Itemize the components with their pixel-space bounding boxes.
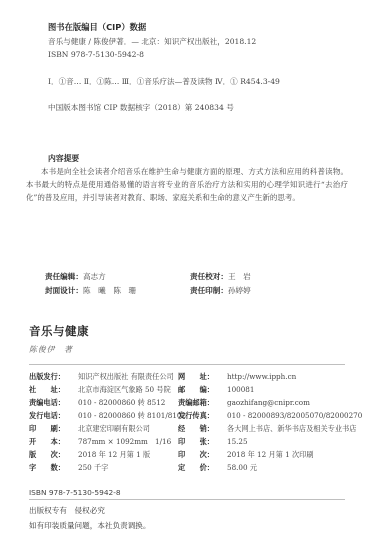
- credit-proofreader: 责任校对：王 岩: [190, 271, 251, 282]
- credit-editor-value: 高志方: [83, 272, 106, 281]
- cip-bibliographic-line: 音乐与健康 / 陈俊伊著．— 北京：知识产权出版社，2018.12: [48, 36, 256, 47]
- info-value: 15.25: [227, 437, 248, 446]
- info-label: 责编电话：: [29, 398, 78, 408]
- info-label: 发行传真：: [178, 411, 227, 421]
- info-value: 2018 年 12 月第 1 版: [78, 450, 150, 459]
- credit-proofreader-label: 责任校对：: [190, 272, 228, 281]
- info-editor-phone: 责编电话：010 - 82000860 转 8512: [29, 398, 165, 408]
- info-label: 印 刷：: [29, 424, 78, 434]
- info-editor-email: 责编邮箱：gaozhifang@cnipr.com: [178, 398, 310, 408]
- info-value: 北京建宏印刷有限公司: [78, 424, 150, 433]
- info-label: 发行电话：: [29, 411, 78, 421]
- info-value: 各大网上书店、新华书店及相关专业书店: [227, 424, 356, 433]
- info-printed-sheets: 印 张：15.25: [178, 437, 248, 447]
- info-label: 责编邮箱：: [178, 398, 227, 408]
- abstract-title: 内容提要: [48, 153, 79, 164]
- divider-bottom: [29, 499, 345, 500]
- info-value: 010 - 82000860 转 8512: [78, 398, 165, 407]
- credit-printing-label: 责任印制：: [190, 286, 228, 295]
- info-value: 787mm × 1092mm 1/16: [78, 437, 171, 446]
- info-edition: 版 次：2018 年 12 月第 1 版: [29, 450, 150, 460]
- isbn-bottom: ISBN 978-7-5130-5942-8: [29, 488, 121, 497]
- info-value: gaozhifang@cnipr.com: [227, 398, 310, 407]
- info-label: 经 销：: [178, 424, 227, 434]
- info-label: 出版发行：: [29, 372, 78, 382]
- copyright-notice: 出版权专有 侵权必究: [29, 505, 105, 516]
- credit-printing-value: 孙婷婷: [228, 286, 251, 295]
- info-price: 定 价：58.00 元: [178, 463, 257, 473]
- info-label: 版 次：: [29, 450, 78, 460]
- credit-printing: 责任印制：孙婷婷: [190, 285, 251, 296]
- info-label: 定 价：: [178, 463, 227, 473]
- info-distributor: 经 销：各大网上书店、新华书店及相关专业书店: [178, 424, 356, 434]
- info-value: 010 - 82000893/82005070/82000270: [227, 411, 362, 420]
- credit-proofreader-value: 王 岩: [228, 272, 251, 281]
- credit-cover-design-value: 陈 曦 陈 珊: [83, 286, 136, 295]
- info-distribution-phone: 发行电话：010 - 82000860 转 8101/8102: [29, 411, 186, 421]
- cip-title: 图书在版编目（CIP）数据: [48, 21, 146, 33]
- info-publisher: 出版发行：知识产权出版社 有限责任公司: [29, 372, 174, 382]
- abstract-body: 本书是向全社会读者介绍音乐在维护生命与健康方面的原理、方式方法和应用的科普读物。…: [26, 165, 348, 205]
- info-value: http://www.ipph.cn: [227, 372, 296, 381]
- cip-record-number: 中国版本图书馆 CIP 数据核字（2018）第 240834 号: [48, 102, 234, 113]
- info-printer: 印 刷：北京建宏印刷有限公司: [29, 424, 150, 434]
- info-value: 知识产权出版社 有限责任公司: [78, 372, 174, 381]
- info-label: 字 数：: [29, 463, 78, 473]
- info-value: 2018 年 12 月第 1 次印刷: [227, 450, 314, 459]
- cip-isbn-line: ISBN 978-7-5130-5942-8: [48, 50, 144, 59]
- book-author: 陈俊伊 著: [29, 344, 73, 355]
- info-label: 印 张：: [178, 437, 227, 447]
- credit-editor: 责任编辑：高志方: [45, 271, 106, 282]
- credit-cover-design-label: 封面设计：: [45, 286, 83, 295]
- info-postcode: 邮 编：100081: [178, 385, 254, 395]
- info-value: 250 千字: [78, 463, 108, 472]
- info-label: 开 本：: [29, 437, 78, 447]
- info-label: 邮 编：: [178, 385, 227, 395]
- quality-notice: 如有印装质量问题，本社负责调换。: [29, 520, 151, 531]
- book-title: 音乐与健康: [29, 323, 89, 339]
- info-label: 网 址：: [178, 372, 227, 382]
- info-value: 北京市海淀区气象路 50 号院: [78, 385, 171, 394]
- credit-editor-label: 责任编辑：: [45, 272, 83, 281]
- info-website: 网 址：http://www.ipph.cn: [178, 372, 296, 382]
- info-address: 社 址：北京市海淀区气象路 50 号院: [29, 385, 171, 395]
- info-value: 010 - 82000860 转 8101/8102: [78, 411, 186, 420]
- info-format: 开 本：787mm × 1092mm 1/16: [29, 437, 171, 447]
- info-word-count: 字 数：250 千字: [29, 463, 108, 473]
- info-label: 印 次：: [178, 450, 227, 460]
- info-distribution-fax: 发行传真：010 - 82000893/82005070/82000270: [178, 411, 362, 421]
- info-value: 100081: [227, 385, 254, 394]
- info-value: 58.00 元: [227, 463, 257, 472]
- info-label: 社 址：: [29, 385, 78, 395]
- divider-top: [29, 364, 345, 365]
- credit-cover-design: 封面设计：陈 曦 陈 珊: [45, 285, 136, 296]
- info-printing: 印 次：2018 年 12 月第 1 次印刷: [178, 450, 314, 460]
- cip-classification-line: Ⅰ．①音… Ⅱ．①陈… Ⅲ．①音乐疗法—普及读物 Ⅳ．① R454.3-49: [48, 76, 280, 87]
